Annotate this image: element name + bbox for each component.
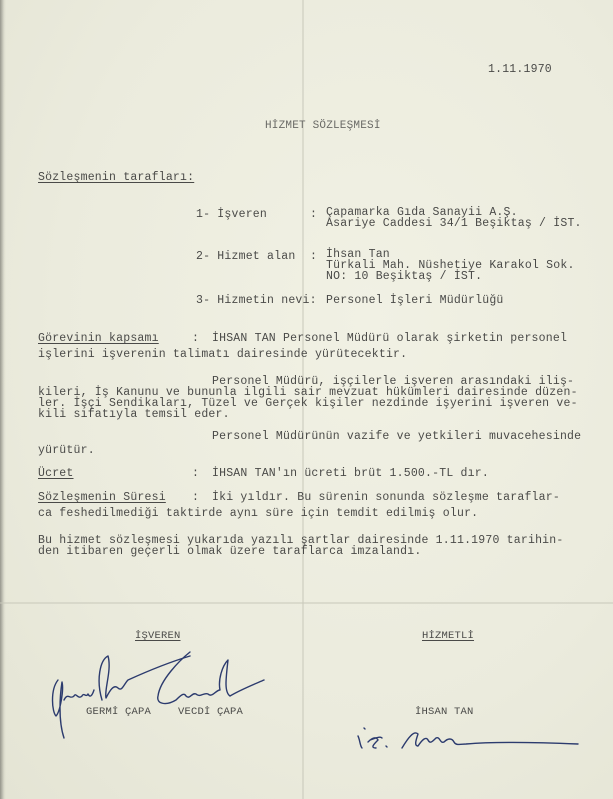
employee-signatory: İHSAN TAN xyxy=(415,706,474,718)
employee-signature xyxy=(350,722,590,758)
party-3-label: 3- Hizmetin nevi: xyxy=(196,295,317,307)
document-title: HİZMET SÖZLEŞMESİ xyxy=(265,120,381,132)
employee-heading: HİZMETLİ xyxy=(422,630,474,642)
party-3-line-1: Personel İşleri Müdürlüğü xyxy=(326,295,504,307)
scope-label: Görevinin kapsamı xyxy=(38,333,159,345)
party-1-label: 1- İşveren xyxy=(196,209,267,221)
party-1-sep: : xyxy=(310,209,317,221)
scope-para3-line-1: Personel Müdürünün vazife ve yetkileri m… xyxy=(212,431,581,443)
wage-text: İHSAN TAN'ın ücreti brüt 1.500.-TL dır. xyxy=(212,468,489,480)
employer-signature xyxy=(40,640,280,740)
fold-line-horizontal xyxy=(0,602,613,604)
document-date: 1.11.1970 xyxy=(488,64,552,76)
duration-line-2: ca feshedilmediği taktirde aynı süre içi… xyxy=(38,508,478,520)
wage-label: Ücret xyxy=(38,468,74,480)
duration-label: Sözleşmenin Süresi xyxy=(38,492,166,504)
duration-line-1: İki yıldır. Bu sürenin sonunda sözleşme … xyxy=(212,492,560,504)
duration-sep: : xyxy=(192,492,199,504)
scope-sep: : xyxy=(192,333,199,345)
scope-para3-line-2: yürütür. xyxy=(38,445,95,457)
party-1-line-2: Asariye Caddesi 34/1 Beşiktaş / İST. xyxy=(326,218,582,230)
closing-line-2: den itibaren geçerli olmak üzere tarafla… xyxy=(38,546,421,558)
parties-heading: Sözleşmenin tarafları: xyxy=(38,172,194,184)
party-2-sep: : xyxy=(310,251,317,263)
party-2-label: 2- Hizmet alan xyxy=(196,251,295,263)
scope-para2-line-4: kili sıfatıyla temsil eder. xyxy=(38,409,230,421)
wage-sep: : xyxy=(192,468,199,480)
party-2-line-3: NO: 10 Beşiktaş / İST. xyxy=(326,271,482,283)
scope-line-1: İHSAN TAN Personel Müdürü olarak şirketi… xyxy=(212,333,567,345)
scope-line-2: işlerini işverenin talimatı dairesinde y… xyxy=(38,349,407,361)
